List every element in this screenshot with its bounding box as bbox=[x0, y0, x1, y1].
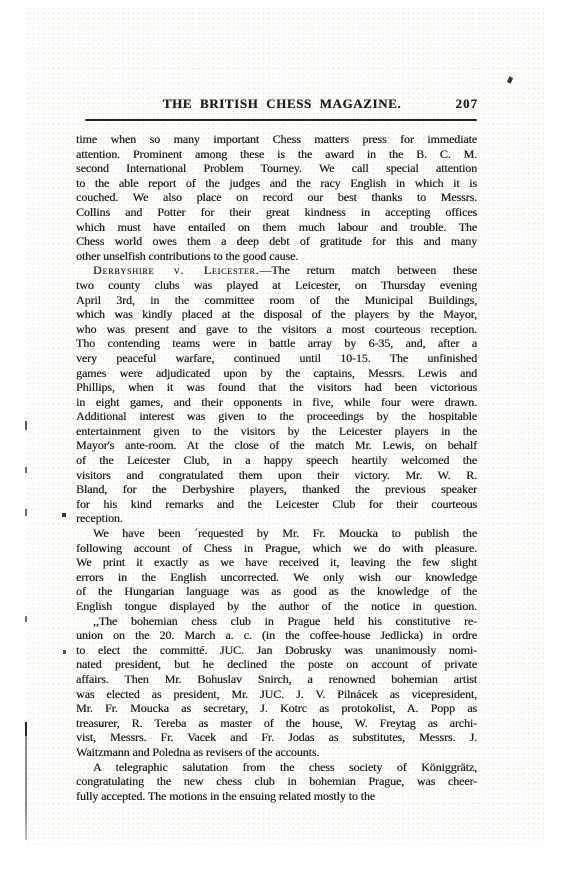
text-line: Mr. Fr. Moucka as secretary, J. Kotrc as… bbox=[76, 701, 477, 716]
text-line: fully accepted. The motions in the ensui… bbox=[76, 789, 477, 804]
text-line: Phillips, when it was found that the vis… bbox=[76, 380, 477, 395]
magazine-page: THE BRITISH CHESS MAGAZINE. 207 time whe… bbox=[0, 0, 564, 885]
text-line: which was kindly placed at the disposal … bbox=[76, 307, 477, 322]
text-line: We have been ´requested by Mr. Fr. Mouck… bbox=[76, 526, 477, 541]
text-line: Additional interest was given to the pro… bbox=[76, 409, 477, 424]
text-line: We print it exactly as we have received … bbox=[76, 555, 477, 570]
paragraph: A telegraphic salutation from the chess … bbox=[76, 760, 477, 804]
text-line: English tongue displayed by the author o… bbox=[76, 599, 477, 614]
text-line: nated president, but he declined the pos… bbox=[76, 657, 477, 672]
text-line: A telegraphic salutation from the chess … bbox=[76, 760, 477, 775]
text-line: April 3rd, in the committee room of the … bbox=[76, 293, 477, 308]
scan-artifact bbox=[25, 421, 27, 430]
paragraph: time when so many important Chess matter… bbox=[76, 132, 477, 263]
text-line: following account of Chess in Prague, wh… bbox=[76, 541, 477, 556]
text-line: Bland, for the Derbyshire players, thank… bbox=[76, 482, 477, 497]
text-line: visitors and congratulated them upon the… bbox=[76, 468, 477, 483]
article: time when so many important Chess matter… bbox=[76, 132, 477, 803]
text-line: which must have entailed on them much la… bbox=[76, 220, 477, 235]
header-rule bbox=[85, 119, 477, 121]
page-header: THE BRITISH CHESS MAGAZINE. 207 bbox=[0, 96, 564, 112]
scan-artifact bbox=[25, 467, 27, 473]
page-number: 207 bbox=[456, 96, 479, 112]
text-line: in eight games, and their opponents in f… bbox=[76, 395, 477, 410]
text-line: entertainment given to the visitors by t… bbox=[76, 424, 477, 439]
text-line: second International Problem Tourney. We… bbox=[76, 161, 477, 176]
text-line: Waitzmann and Poledna as revisers of the… bbox=[76, 745, 477, 760]
text-line: time when so many important Chess matter… bbox=[76, 132, 477, 147]
text-line: vist, Messrs. Fr. Vacek and Fr. Jodas as… bbox=[76, 730, 477, 745]
text-line: congratulating the new chess club in boh… bbox=[76, 774, 477, 789]
text-line: attention. Prominent among these is the … bbox=[76, 147, 477, 162]
text-line: Mayor's ante-room. At the close of the m… bbox=[76, 438, 477, 453]
scan-artifact bbox=[62, 513, 66, 517]
text-line: affairs. Then Mr. Bohuslav Snirch, a ren… bbox=[76, 672, 477, 687]
text-line: Derbyshire v. Leicester.—The return matc… bbox=[76, 263, 477, 278]
scan-artifact bbox=[25, 616, 27, 622]
text-line: for his kind remarks and the Leicester C… bbox=[76, 497, 477, 512]
text-line: two county clubs was played at Leicester… bbox=[76, 278, 477, 293]
section-heading-smallcaps: Derbyshire v. Leicester. bbox=[93, 263, 259, 277]
text-line: was elected as president, Mr. JUC. J. V.… bbox=[76, 687, 477, 702]
text-line: treasurer, R. Tereba as master of the ho… bbox=[76, 716, 477, 731]
text-line: games were adjudicated upon by the capta… bbox=[76, 366, 477, 381]
text-line: errors in the English uncorrected. We on… bbox=[76, 570, 477, 585]
text-line: union on the 20. March a. c. (in the cof… bbox=[76, 628, 477, 643]
text-line: very peaceful warfare, continued until 1… bbox=[76, 351, 477, 366]
scan-artifact bbox=[63, 650, 66, 654]
text-line: reception. bbox=[76, 511, 477, 526]
scan-artifact bbox=[25, 509, 27, 516]
text-line: to the able report of the judges and the… bbox=[76, 176, 477, 191]
paragraph: ,,The bohemian chess club in Prague held… bbox=[76, 614, 477, 760]
text-line: of the Leicester Club, in a happy speech… bbox=[76, 453, 477, 468]
text-line: Chess world owes them a deep debt of gra… bbox=[76, 234, 477, 249]
text-line: Collins and Potter for their great kindn… bbox=[76, 205, 477, 220]
text-line: Tho contending teams were in battle arra… bbox=[76, 336, 477, 351]
magazine-title: THE BRITISH CHESS MAGAZINE. bbox=[163, 96, 401, 112]
paragraph: Derbyshire v. Leicester.—The return matc… bbox=[76, 263, 477, 526]
text-line: couched. We also place on record our bes… bbox=[76, 190, 477, 205]
text-line: of the Hungarian language was as good as… bbox=[76, 584, 477, 599]
text-line: who was present and gave to the visitors… bbox=[76, 322, 477, 337]
text-line: ,,The bohemian chess club in Prague held… bbox=[76, 614, 477, 629]
scan-streak bbox=[25, 722, 27, 840]
text-line: to elect the committé. JUC. Jan Dobrusky… bbox=[76, 643, 477, 658]
paragraph: We have been ´requested by Mr. Fr. Mouck… bbox=[76, 526, 477, 614]
text-line: other unselfish contributions to the goo… bbox=[76, 249, 477, 264]
